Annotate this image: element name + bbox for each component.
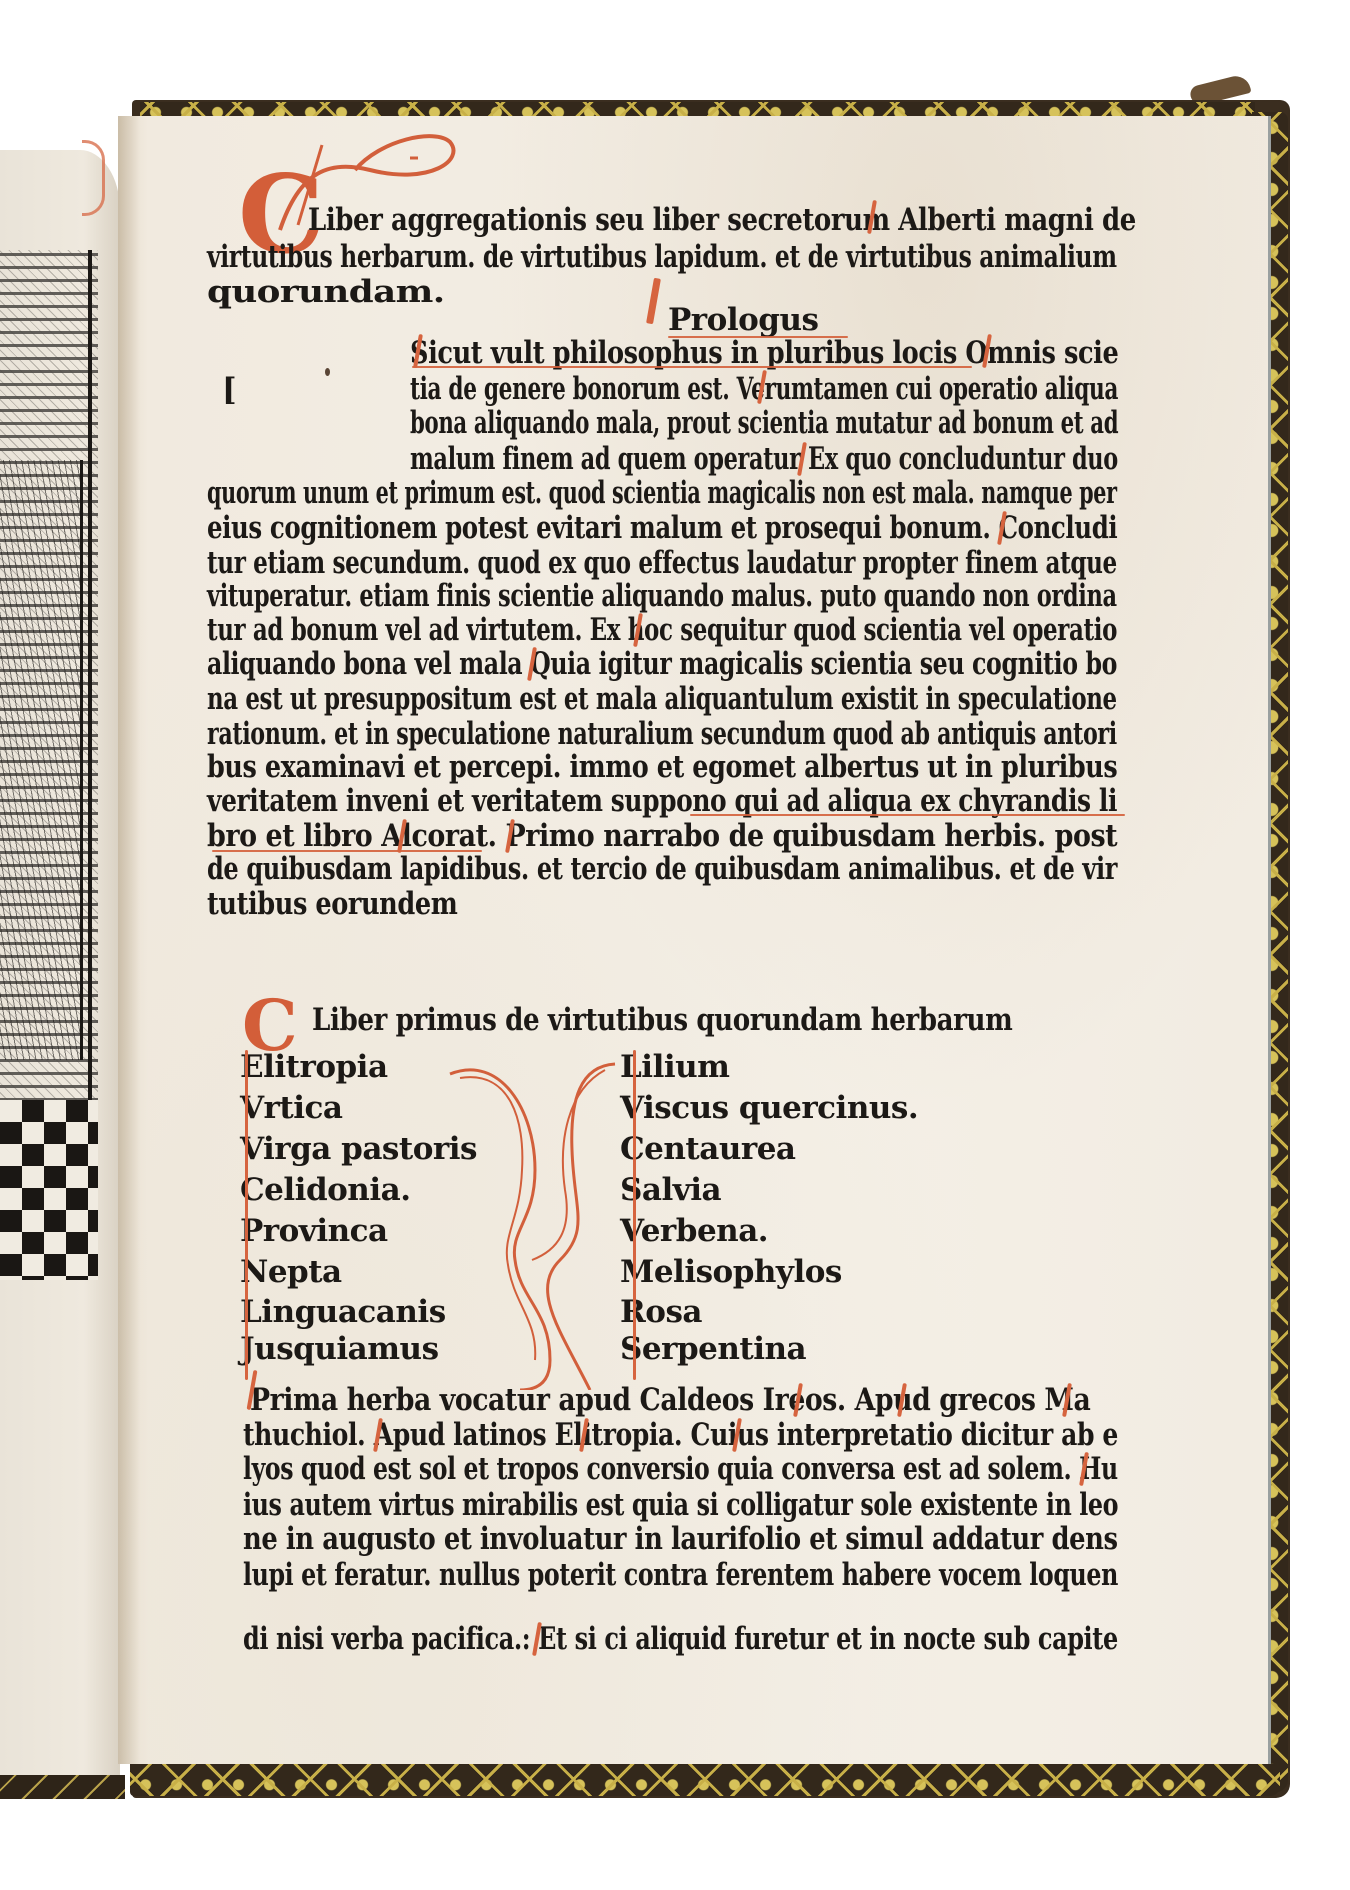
herb-left: Celidonia. (240, 1173, 411, 1207)
page-gutter-shadow (118, 116, 140, 1764)
prologue-line: veritatem inveni et veritatem suppono qu… (207, 784, 1117, 818)
prologue-line: aliquando bona vel mala Quia igitur magi… (207, 647, 1117, 681)
prologue-line: eius cognitionem potest evitari malum et… (207, 511, 1117, 545)
prologue-line: bona aliquando mala, prout scientia muta… (410, 406, 1118, 440)
prologue-line: quorum unum et primum est. quod scientia… (207, 476, 1117, 510)
prologue-line: rationum. et in speculatione naturalium … (207, 717, 1117, 751)
body-line: di nisi verba pacifica.: Et si ci aliqui… (243, 1622, 1118, 1656)
prologue-line: tutibus eorundem (207, 887, 457, 921)
herb-left: Nepta (240, 1255, 342, 1289)
body-line: Prima herba vocatur apud Caldeos Ireos. … (250, 1383, 1090, 1417)
woodcut-illustration (0, 250, 98, 1280)
prologue-title: Prologus (668, 303, 818, 337)
herb-left: Jusquiamus (240, 1332, 439, 1366)
red-underline (412, 366, 972, 368)
herb-left: Provinca (240, 1214, 388, 1248)
herb-left: Linguacanis (240, 1295, 446, 1329)
woodcut-checkered-floor (0, 1100, 98, 1280)
body-line: ne in augusto et involuatur in laurifoli… (243, 1522, 1118, 1556)
red-brace-flourish (440, 1060, 620, 1390)
red-underline (690, 814, 1125, 816)
prologue-line: vituperatur. etiam finis scientie aliqua… (207, 579, 1117, 613)
body-line: lyos quod est sol et tropos conversio qu… (243, 1452, 1118, 1486)
prologue-line: bus examinavi et percepi. immo et egomet… (207, 750, 1117, 784)
heading-line-2: virtutibus herbarum. de virtutibus lapid… (207, 240, 1117, 274)
herb-right: Centaurea (620, 1132, 796, 1166)
heading-line-1: Liber aggregationis seu liber secretorum… (308, 203, 1136, 237)
left-binding-edge (0, 1775, 125, 1799)
herb-right: Viscus quercinus. (620, 1091, 918, 1125)
left-page-red-mark (82, 140, 105, 216)
herb-right: Melisophylos (620, 1255, 842, 1289)
rubric-column-stroke (633, 1050, 636, 1380)
rubric-column-stroke (245, 1050, 248, 1380)
prologue-line: malum finem ad quem operatur Ex quo conc… (410, 442, 1118, 476)
heading-line-3: quorundam. (207, 275, 445, 309)
gilt-border-bottom (130, 1764, 1280, 1796)
prologue-line: de quibusdam lapidibus. et tercio de qui… (207, 852, 1117, 886)
book-one-title: Liber primus de virtutibus quorundam her… (312, 1003, 1012, 1037)
prologue-line: tur ad bonum vel ad virtutem. Ex hoc seq… (207, 613, 1117, 647)
body-line: lupi et feratur. nullus poterit contra f… (243, 1558, 1118, 1592)
herb-right: Lilium (620, 1050, 729, 1084)
margin-mark: [ (222, 373, 236, 407)
woodcut-figures (0, 460, 83, 1060)
herb-left: Elitropia (240, 1050, 388, 1084)
prologue-line: Sicut vult philosophus in pluribus locis… (410, 336, 1118, 370)
body-line: ius autem virtus mirabilis est quia si c… (243, 1488, 1118, 1522)
herb-right: Verbena. (620, 1214, 768, 1248)
prologue-line: tur etiam secundum. quod ex quo effectus… (207, 546, 1117, 580)
prologue-line: na est ut presuppositum est et mala aliq… (207, 682, 1117, 716)
herb-left: Vrtica (240, 1091, 342, 1125)
herb-right: Serpentina (620, 1332, 806, 1366)
prologue-line: bro et libro Alcorat. Primo narrabo de q… (207, 819, 1117, 853)
ink-spot (325, 368, 330, 376)
